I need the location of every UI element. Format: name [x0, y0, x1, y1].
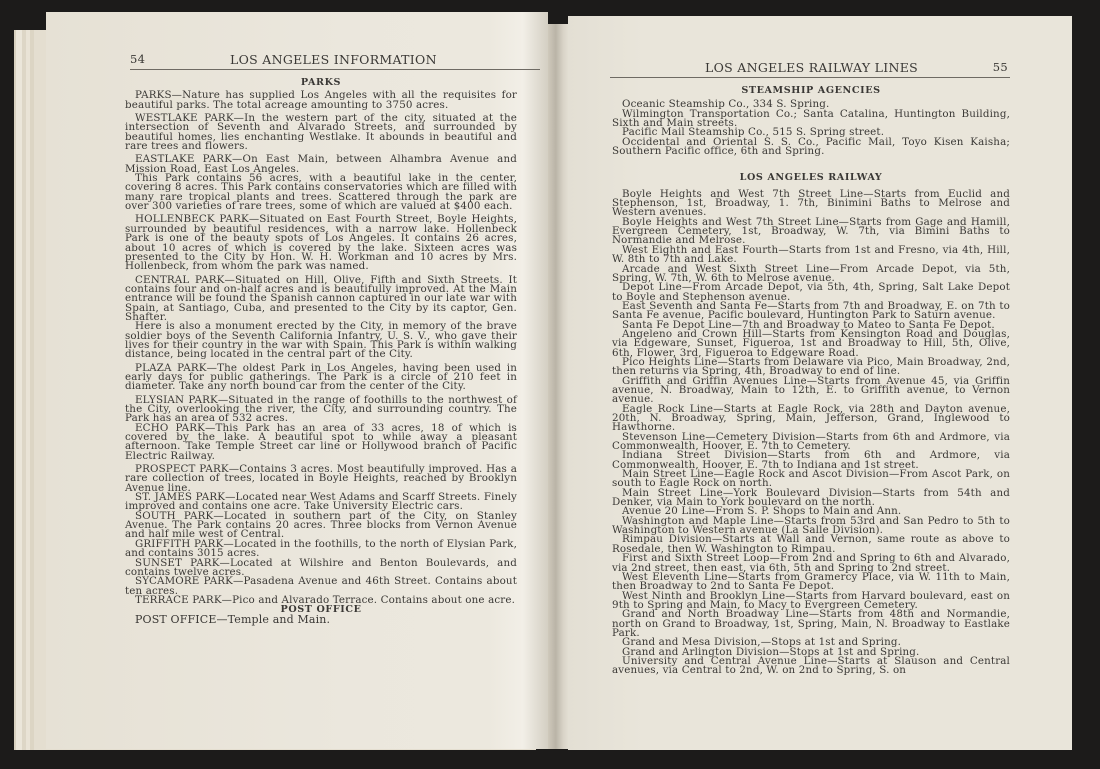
- paragraph: West Eighth and East Fourth—Starts from …: [612, 246, 1010, 265]
- paragraph: Boyle Heights and West 7th Street Line—S…: [612, 190, 1010, 218]
- paragraph: Main Street Line—Eagle Rock and Ascot Di…: [612, 470, 1010, 489]
- paragraph: SOUTH PARK—Located in southern part of t…: [125, 512, 517, 540]
- page-number: 55: [993, 60, 1008, 75]
- paragraph: Eagle Rock Line—Starts at Eagle Rock, vi…: [612, 405, 1010, 433]
- paragraph: University and Central Avenue Line—Start…: [612, 657, 1010, 676]
- paragraph: Grand and North Broadway Line—Starts fro…: [612, 610, 1010, 638]
- paragraph: Griffith and Griffin Avenues Line—Starts…: [612, 377, 1010, 405]
- left-page-text: PARKS PARKS—Nature has supplied Los Ange…: [125, 78, 517, 624]
- section-heading: PARKS: [125, 78, 517, 87]
- paragraph: WESTLAKE PARK—In the western part of the…: [125, 114, 517, 151]
- paragraph: PARKS—Nature has supplied Los Angeles wi…: [125, 91, 517, 110]
- paragraph: POST OFFICE—Temple and Main.: [125, 615, 517, 624]
- book-gutter: [548, 24, 570, 749]
- running-head-title: LOS ANGELES RAILWAY LINES: [705, 60, 918, 75]
- paragraph: CENTRAL PARK—Situated on Hill, Olive, Fi…: [125, 276, 517, 323]
- paragraph: West Eleventh Line—Starts from Gramercy …: [612, 573, 1010, 592]
- paragraph: GRIFFITH PARK—Located in the foothills, …: [125, 540, 517, 559]
- paragraph: ELYSIAN PARK—Situated in the range of fo…: [125, 396, 517, 424]
- page-number: 54: [130, 52, 145, 67]
- right-page-text: STEAMSHIP AGENCIES Oceanic Steamship Co.…: [612, 86, 1010, 676]
- paragraph: HOLLENBECK PARK—Situated on East Fourth …: [125, 215, 517, 271]
- paragraph: Angeleno and Crown Hill—Starts from Kens…: [612, 330, 1010, 358]
- running-head-title: LOS ANGELES INFORMATION: [230, 52, 437, 67]
- paragraph: East Seventh and Santa Fe—Starts from 7t…: [612, 302, 1010, 321]
- left-running-head: 54 LOS ANGELES INFORMATION: [130, 52, 540, 70]
- paragraph: PROSPECT PARK—Contains 3 acres. Most bea…: [125, 465, 517, 493]
- paragraph: Boyle Heights and West 7th Street Line—S…: [612, 218, 1010, 246]
- paragraph: ECHO PARK—This Park has an area of 33 ac…: [125, 424, 517, 461]
- paragraph: Occidental and Oriental S. S. Co., Pacif…: [612, 138, 1010, 157]
- paragraph: ST. JAMES PARK—Located near West Adams a…: [125, 493, 517, 512]
- right-running-head: LOS ANGELES RAILWAY LINES 55: [610, 60, 1010, 78]
- paragraph: This Park contains 56 acres, with a beau…: [125, 174, 517, 211]
- section-heading: LOS ANGELES RAILWAY: [612, 173, 1010, 182]
- paragraph: PLAZA PARK—The oldest Park in Los Angele…: [125, 364, 517, 392]
- paragraph: Here is also a monument erected by the C…: [125, 322, 517, 359]
- paragraph: Pico Heights Line—Starts from Delaware v…: [612, 358, 1010, 377]
- section-heading: STEAMSHIP AGENCIES: [612, 86, 1010, 95]
